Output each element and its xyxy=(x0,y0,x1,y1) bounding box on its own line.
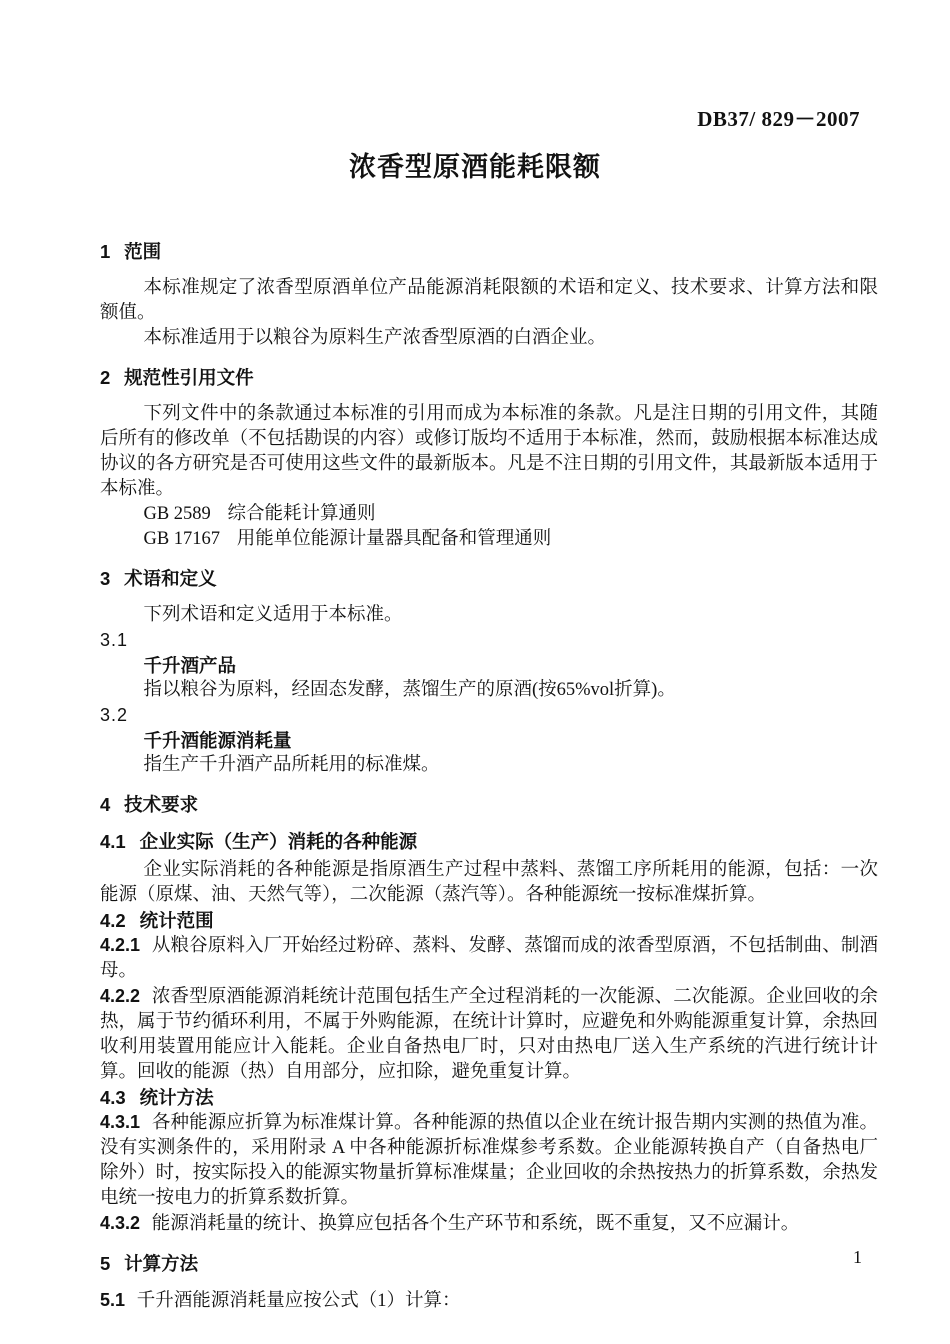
normative-reference: GB 17167用能单位能源计量器具配备和管理通则 xyxy=(100,527,878,552)
clause-4-3-1-text: 各种能源应折算为标准煤计算。各种能源的热值以企业在统计报告期内实测的热值为准。没… xyxy=(100,1113,878,1208)
clause-4-3-2-number: 4.3.2 xyxy=(100,1213,140,1233)
document-body: 1范围 本标准规定了浓香型原酒单位产品能源消耗限额的术语和定义、技术要求、计算方… xyxy=(0,239,950,1314)
section-3-number: 3 xyxy=(100,568,110,589)
page-number: 1 xyxy=(853,1246,862,1268)
subsection-4-2-number: 4.2 xyxy=(100,910,126,931)
reference-title: 用能单位能源计量器具配备和管理通则 xyxy=(237,529,552,549)
subsection-4-3-heading: 4.3统计方法 xyxy=(100,1085,878,1110)
section-2-paragraph: 下列文件中的条款通过本标准的引用而成为本标准的条款。凡是注日期的引用文件，其随后… xyxy=(100,402,878,502)
clause-4-3-1-number: 4.3.1 xyxy=(100,1112,140,1132)
clause-5-1-number: 5.1 xyxy=(100,1290,125,1310)
subsection-4-1-body: 企业实际消耗的各种能源是指原酒生产过程中蒸料、蒸馏工序所耗用的能源，包括：一次能… xyxy=(100,858,878,908)
clause-4-2-2: 4.2.2浓香型原酒能源消耗统计范围包括生产全过程消耗的一次能源、二次能源。企业… xyxy=(100,984,878,1085)
section-2-heading: 2规范性引用文件 xyxy=(100,365,878,390)
term-2-definition: 指生产千升酒产品所耗用的标准煤。 xyxy=(100,753,878,778)
clause-5-1-text: 千升酒能源消耗量应按公式（1）计算： xyxy=(137,1291,461,1311)
section-3-intro: 下列术语和定义适用于本标准。 xyxy=(100,603,878,628)
section-1-number: 1 xyxy=(100,241,110,262)
section-5-heading: 5计算方法 xyxy=(100,1251,878,1276)
subsection-4-3-number: 4.3 xyxy=(100,1087,126,1108)
subsection-4-2-title: 统计范围 xyxy=(140,910,214,931)
subsection-4-1-title: 企业实际（生产）消耗的各种能源 xyxy=(140,831,418,852)
term-1-number: 3.1 xyxy=(100,628,878,653)
term-2-number: 3.2 xyxy=(100,703,878,728)
section-1-paragraph-2: 本标准适用于以粮谷为原料生产浓香型原酒的白酒企业。 xyxy=(100,326,878,351)
section-5-title: 计算方法 xyxy=(124,1253,198,1274)
clause-4-2-1: 4.2.1从粮谷原料入厂开始经过粉碎、蒸料、发酵、蒸馏而成的浓香型原酒，不包括制… xyxy=(100,933,878,984)
section-1-heading: 1范围 xyxy=(100,239,878,264)
reference-code: GB 2589 xyxy=(143,504,210,524)
doc-number: DB37/ 829－2007 xyxy=(0,0,950,132)
section-4-number: 4 xyxy=(100,794,110,815)
clause-4-2-2-number: 4.2.2 xyxy=(100,986,140,1006)
section-2-number: 2 xyxy=(100,367,110,388)
clause-4-2-1-text: 从粮谷原料入厂开始经过粉碎、蒸料、发酵、蒸馏而成的浓香型原酒，不包括制曲、制酒母… xyxy=(100,936,878,981)
section-4-heading: 4技术要求 xyxy=(100,792,878,817)
document-page: DB37/ 829－2007 浓香型原酒能耗限额 1范围 本标准规定了浓香型原酒… xyxy=(0,0,950,1344)
term-1-name: 千升酒产品 xyxy=(100,653,878,678)
doc-title: 浓香型原酒能耗限额 xyxy=(0,147,950,187)
subsection-4-3-title: 统计方法 xyxy=(140,1087,214,1108)
term-2-name: 千升酒能源消耗量 xyxy=(100,728,878,753)
clause-4-2-1-number: 4.2.1 xyxy=(100,935,140,955)
clause-4-3-1: 4.3.1各种能源应折算为标准煤计算。各种能源的热值以企业在统计报告期内实测的热… xyxy=(100,1110,878,1211)
section-3-title: 术语和定义 xyxy=(124,568,217,589)
section-1-title: 范围 xyxy=(124,241,161,262)
subsection-4-1-heading: 4.1企业实际（生产）消耗的各种能源 xyxy=(100,829,878,854)
clause-4-2-2-text: 浓香型原酒能源消耗统计范围包括生产全过程消耗的一次能源、二次能源。企业回收的余热… xyxy=(100,987,878,1082)
normative-reference: GB 2589综合能耗计算通则 xyxy=(100,502,878,527)
section-1-paragraph-1: 本标准规定了浓香型原酒单位产品能源消耗限额的术语和定义、技术要求、计算方法和限额… xyxy=(100,276,878,326)
section-5-number: 5 xyxy=(100,1253,110,1274)
section-3-heading: 3术语和定义 xyxy=(100,566,878,591)
section-2-title: 规范性引用文件 xyxy=(124,367,254,388)
subsection-4-2-heading: 4.2统计范围 xyxy=(100,908,878,933)
reference-title: 综合能耗计算通则 xyxy=(227,504,375,524)
reference-code: GB 17167 xyxy=(143,529,220,549)
clause-5-1: 5.1千升酒能源消耗量应按公式（1）计算： xyxy=(100,1288,878,1314)
clause-4-3-2: 4.3.2能源消耗量的统计、换算应包括各个生产环节和系统，既不重复，又不应漏计。 xyxy=(100,1211,878,1237)
section-4-title: 技术要求 xyxy=(124,794,198,815)
clause-4-3-2-text: 能源消耗量的统计、换算应包括各个生产环节和系统，既不重复，又不应漏计。 xyxy=(152,1214,800,1234)
term-1-definition: 指以粮谷为原料，经固态发酵，蒸馏生产的原酒(按65%vol折算)。 xyxy=(100,678,878,703)
subsection-4-1-number: 4.1 xyxy=(100,831,126,852)
